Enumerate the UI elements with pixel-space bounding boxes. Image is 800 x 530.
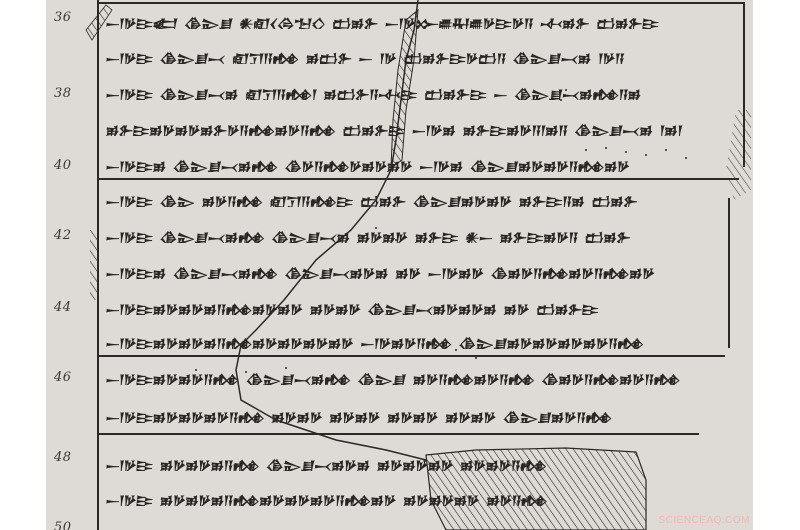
cuneiform-line-38: 𒀸𒁹𒃻𒄿 𒆠𒉌𒋗𒁁𒂊 𒊏𒋛𒀀𒂔𒁹 𒂊𒆗𒉿𒀀𒋾𒄿 𒆗𒂊𒉿𒄿 𒀸 𒆠𒉌𒋗𒁁𒂊𒂔𒀀𒂊 [105, 78, 737, 100]
line-number-42: 42 [54, 228, 84, 243]
line-number-48: 48 [54, 450, 84, 465]
site-watermark: SCIENCEAQ.COM [658, 515, 750, 526]
cuneiform-line-37: 𒀸𒁹𒃻𒄿 𒆠𒉌𒋗𒁁 𒊏𒋛𒀀𒂔 𒂊𒆗𒉿 𒀸 𒁹𒃻 𒆗𒂊𒉿𒄿𒃻𒆗𒀀 𒆠𒉌𒋗𒁁𒂊 𒁹𒃻… [105, 42, 737, 64]
line-number-50: 50 [54, 520, 84, 530]
line-number-36: 36 [54, 10, 84, 25]
tablet-left-border [97, 0, 99, 530]
cuneiform-line-49: 𒀸𒁹𒃻𒄿 𒂊𒃻𒂊𒃻𒂊𒀀𒂔𒂊𒃻𒂊𒃻𒂊𒃻𒀀𒂔𒂊𒃻 𒂊𒃻𒂊𒃻𒂊𒃻 𒂊𒃻𒀀𒂔 [105, 484, 687, 506]
tablet-right-border-upper [743, 2, 745, 167]
cuneiform-line-43: 𒀸𒁹𒃻𒄿𒂊 𒆠𒉌𒋗𒁁𒂊𒂔 𒆠𒉌𒋗𒁁𒂊𒃻𒂊 𒂊𒃻 𒀸𒁹𒃻𒂊𒃻 𒆠𒂊𒃻𒀀𒂔𒂊𒃻𒀀𒂔𒂊… [105, 257, 727, 279]
cuneiform-line-41: 𒀸𒁹𒃻𒄿 𒆠𒉌 𒂊𒃻𒀀𒂔 𒊏𒋛𒀀𒂔𒄿 𒆗𒂊𒉿 𒆠𒉌𒋗𒂊𒃻𒂊𒃻 𒂊𒉿𒄿𒀀𒂊 𒆗𒂊𒉿 [105, 185, 727, 207]
tablet-top-border [97, 2, 745, 4]
tablet-right-border-middle [728, 198, 730, 348]
cuneiform-line-36: 𒀸𒁹𒃻𒄿𒅗 𒆠𒉌𒋗 𒀭𒊏𒌋𒁲𒈠𒄭 𒆗𒂊𒉿 𒀸𒁹𒃻𒁍𒌑𒊑𒌑𒃻𒄿𒃻𒀀 𒋾𒂊𒉿 𒆗𒂊𒉿… [105, 7, 737, 29]
section-divider-1 [97, 178, 739, 180]
line-number-40: 40 [54, 158, 84, 173]
cuneiform-line-40: 𒀸𒁹𒃻𒄿𒂊 𒆠𒉌𒋗𒁁𒂊𒂔 𒆠𒃻𒀀𒂔𒃻𒂊𒃻𒂊𒃻 𒀸𒁹𒃻𒂊 𒆠𒉌𒋗𒂊𒃻𒂊𒃻𒀀𒂔𒂊𒃻 [105, 150, 737, 172]
tablet-drawing-paper: 36 38 40 42 44 46 48 50 𒀸𒁹𒃻𒄿𒅗 𒆠𒉌𒋗 𒀭𒊏𒌋𒁲𒈠𒄭… [46, 0, 753, 530]
cuneiform-line-47: 𒀸𒁹𒃻𒄿𒂊𒃻𒂊𒃻𒂊𒃻𒀀𒂔 𒂊𒃻𒂊𒃻 𒂊𒃻𒂊𒃻 𒂊𒃻𒂊𒃻 𒂊𒃻𒂊𒃻 𒆠𒉌𒋗𒂊𒃻𒀀𒂔 [105, 401, 707, 423]
line-number-44: 44 [54, 300, 84, 315]
cuneiform-line-48: 𒀸𒁹𒃻𒄿 𒂊𒃻𒂊𒃻𒂊𒀀𒂔 𒆠𒉌𒋗𒁁𒂊𒃻𒂊 𒂊𒃻𒂊𒃻𒂊𒃻 𒂊𒃻𒂊𒃻𒀀𒂔 [105, 449, 697, 471]
cuneiform-line-46: 𒀸𒁹𒃻𒄿𒂊𒃻𒂊𒃻𒀀𒂔 𒆠𒉌𒋗𒁁𒂊𒂔 𒆠𒉌𒋗 𒂊𒃻𒀀𒂔𒂊𒃻𒀀𒂔 𒆠𒂊𒃻𒀀𒂔𒂊𒃻𒀀𒂔 [105, 363, 717, 385]
section-divider-3 [97, 433, 699, 435]
cuneiform-line-39: 𒂊𒉿𒄿𒂊𒃻𒂊𒃻𒂊𒉿𒃻𒀀𒂔𒂊𒃻𒀀𒂔 𒆗𒂊𒉿𒄿 𒀸𒁹𒃻𒂊 𒂊𒉿𒄿𒂊𒃻𒀀𒁹𒂊𒀀 𒆠𒉌𒋗… [105, 114, 737, 136]
line-number-46: 46 [54, 370, 84, 385]
cuneiform-line-44: 𒀸𒁹𒃻𒄿𒂊𒃻𒂊𒃻𒂊𒀀𒂔𒂊𒃻𒂊𒃻 𒂊𒃻𒂊𒃻 𒆠𒉌𒋗𒁁𒂊𒃻𒂊𒃻𒂊 𒂊𒃻 𒆗𒂊𒉿𒄿 [105, 293, 722, 315]
cuneiform-line-45: 𒀸𒁹𒃻𒄿𒂊𒃻𒂊𒃻𒂊𒀀𒂔𒂊𒃻𒂊𒃻𒂊𒃻𒂊𒃻 𒀸𒁹𒃻𒂊𒃻𒀀𒂔 𒆠𒉌𒋗𒂊𒃻𒂊𒃻𒂊𒃻𒂊𒃻𒀀… [105, 327, 722, 349]
section-divider-2 [97, 355, 725, 357]
cuneiform-line-42: 𒀸𒁹𒃻𒄿 𒆠𒉌𒋗𒁁𒂊𒂔 𒆠𒉌𒋗𒁁𒂊 𒂊𒃻𒂊𒃻 𒂊𒉿𒄿 𒀭𒀸 𒂊𒉿𒄿𒂊𒃻𒀀 𒆗𒂊𒉿 [105, 221, 727, 243]
line-number-38: 38 [54, 86, 84, 101]
